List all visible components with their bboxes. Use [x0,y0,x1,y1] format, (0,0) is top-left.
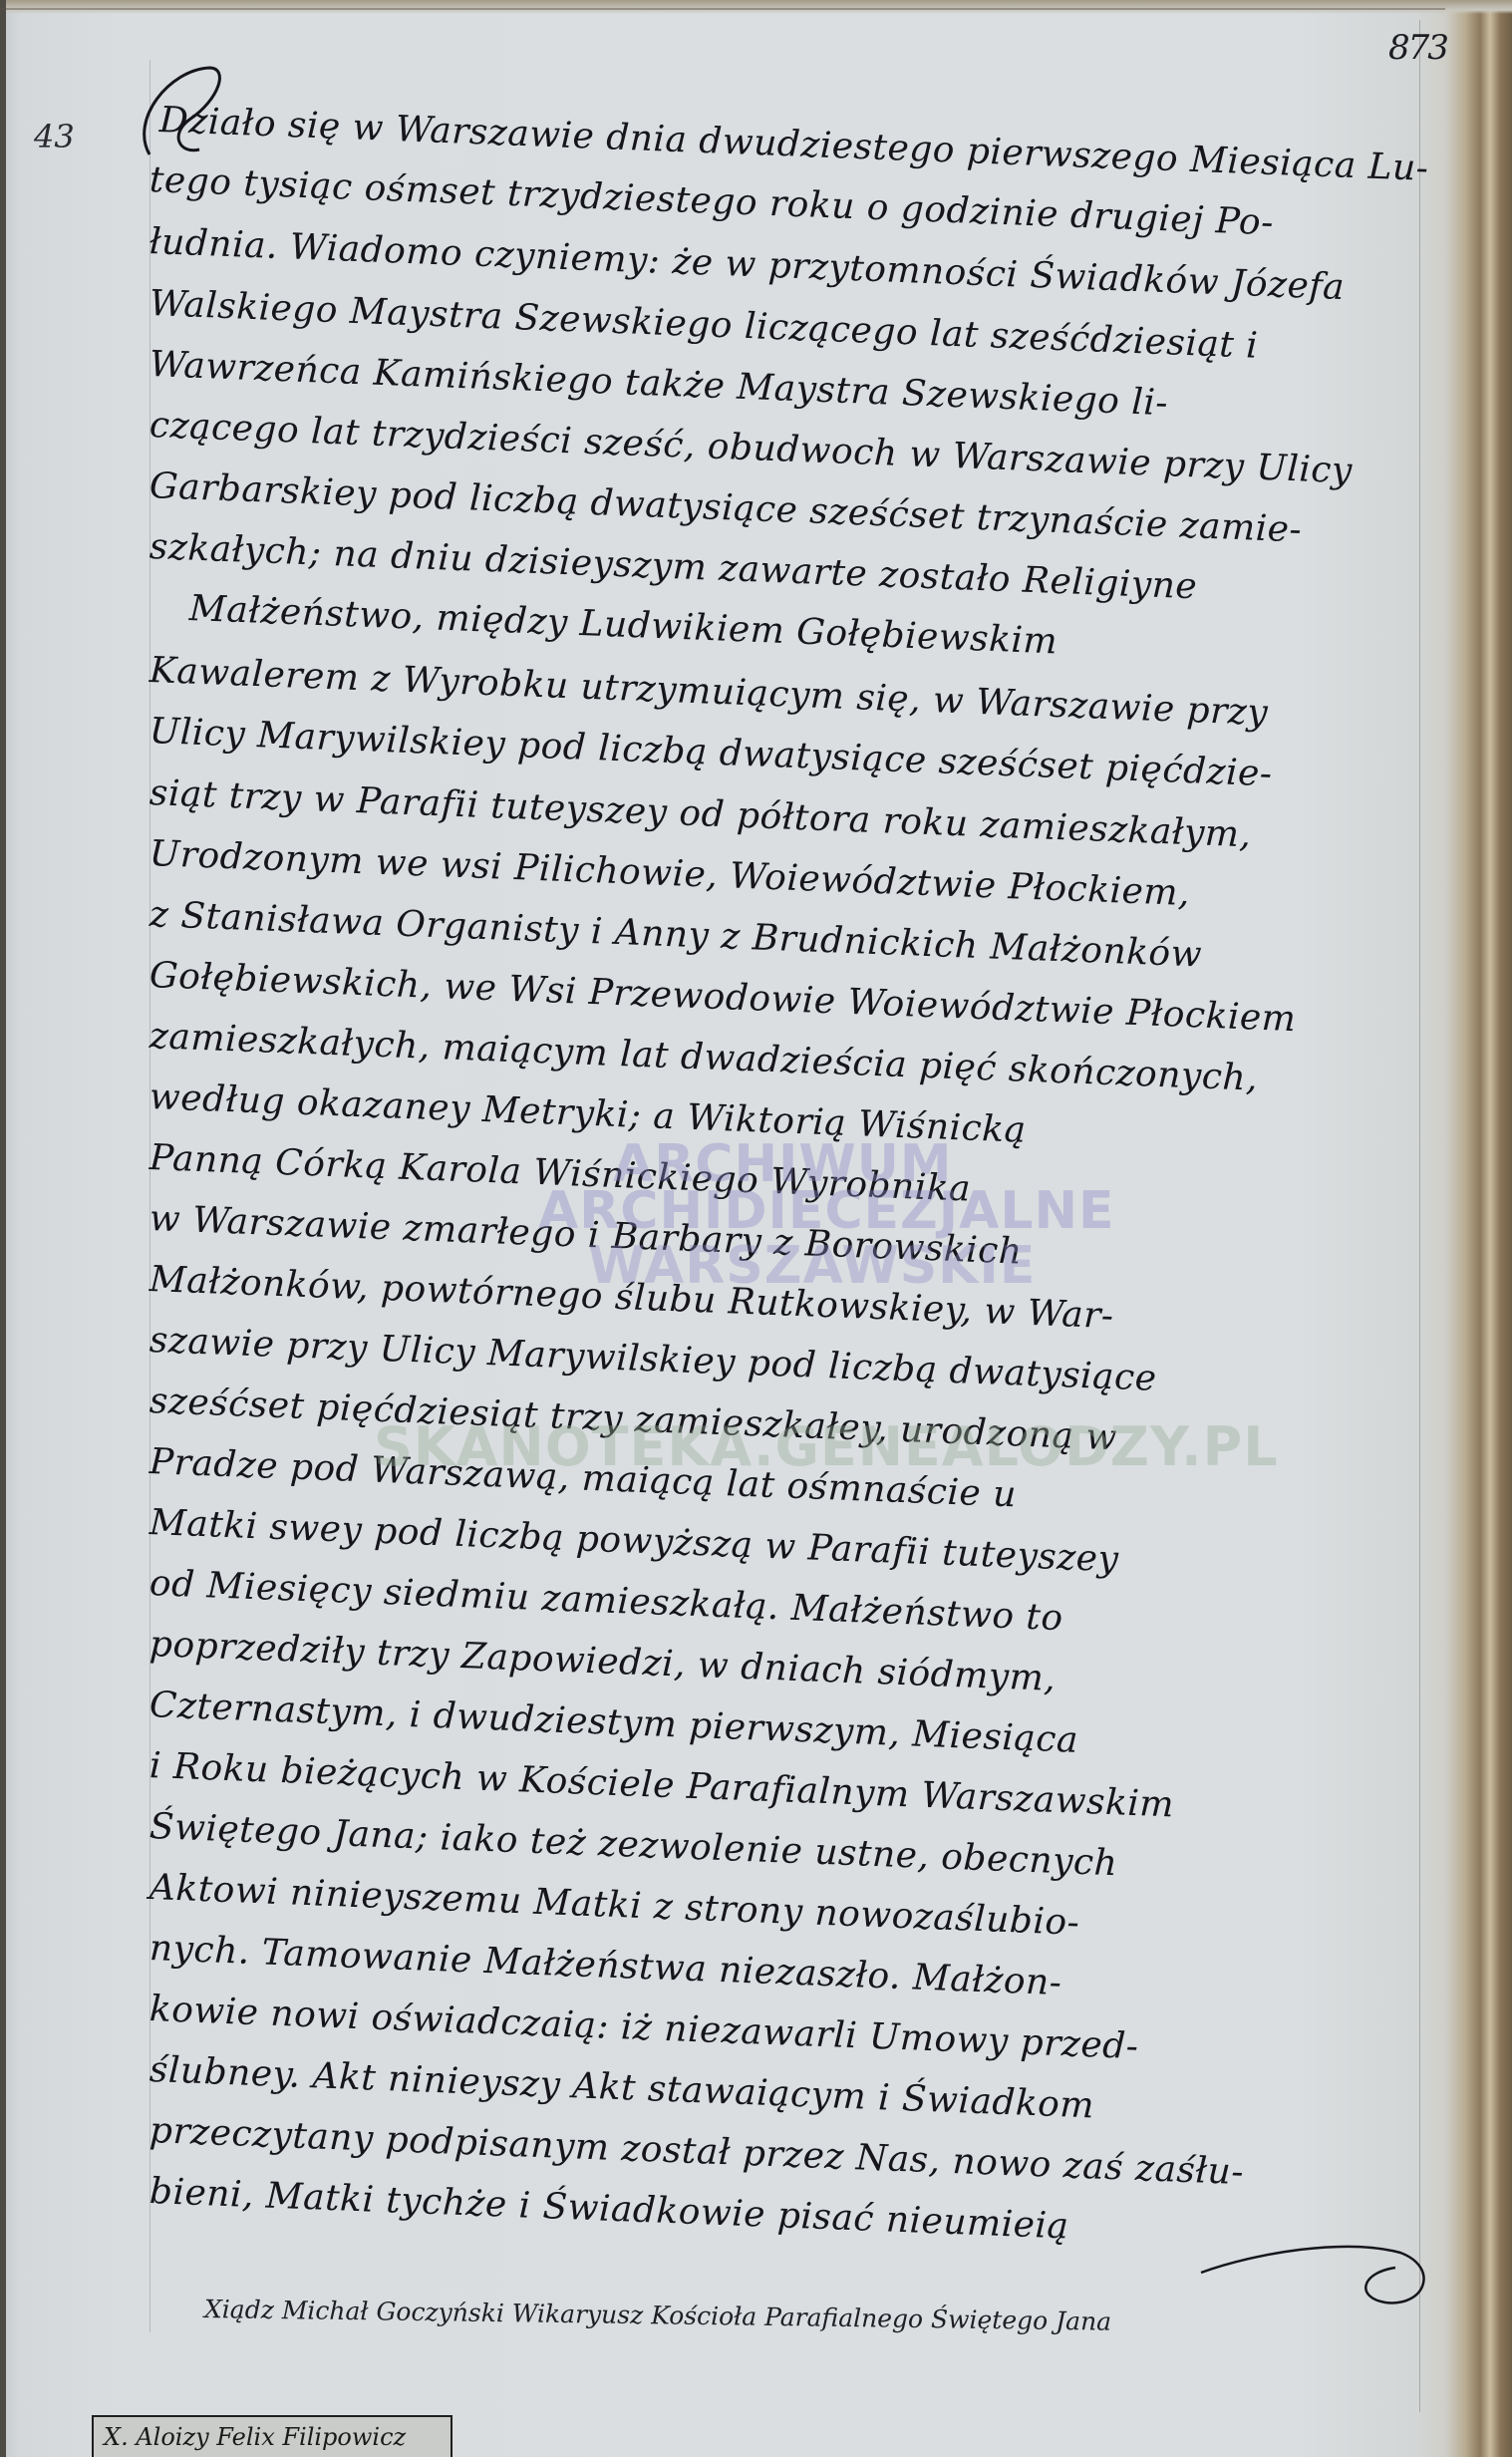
page-left-edge [0,0,6,2457]
text-line: według okazaney Metryki; a Wiktorią Wiśn… [149,1076,1027,1151]
text-line: w Warszawie zmarłego i Barbary z Borowsk… [149,1198,1023,1273]
stamp-text: X. Aloizy Felix Filipowicz [104,2423,441,2451]
signature-stamp: X. Aloizy Felix Filipowicz [92,2415,453,2457]
text-line: Czternastym, i dwudziestym pierwszym, Mi… [149,1685,1078,1761]
text-line: bieni, Matki tychże i Świadkowie pisać n… [149,2171,1069,2247]
text-line: Aktowi ninieyszemu Matki z strony nowoza… [149,1867,1080,1944]
manuscript-page: 873 43 Działo się w Warszawie dnia dwudz… [0,0,1512,2457]
text-line: nych. Tamowanie Małżeństwa niezaszło. Ma… [149,1928,1062,2003]
text-line: poprzedziły trzy Zapowiedzi, w dniach si… [149,1624,1057,1699]
record-number: 43 [34,118,75,155]
closing-flourish-icon [1196,2233,1445,2322]
top-rule-line [0,8,1445,10]
right-margin-rule [1419,20,1420,2412]
priest-signature: Xiądz Michał Goczyński Wikaryusz Kościoł… [204,2295,1111,2336]
text-line: Panną Córką Karola Wiśnickiego Wyrobnika [149,1137,972,1210]
text-line: od Miesięcy siedmiu zamieszkałą. Małżeńs… [149,1563,1063,1639]
text-line: Pradze pod Warszawą, maiącą lat ośmnaści… [149,1441,1017,1515]
page-top-edge [0,0,1512,14]
text-line: Małżeństwo, między Ludwikiem Gołębiewski… [188,588,1058,662]
folio-number: 873 [1388,28,1447,68]
